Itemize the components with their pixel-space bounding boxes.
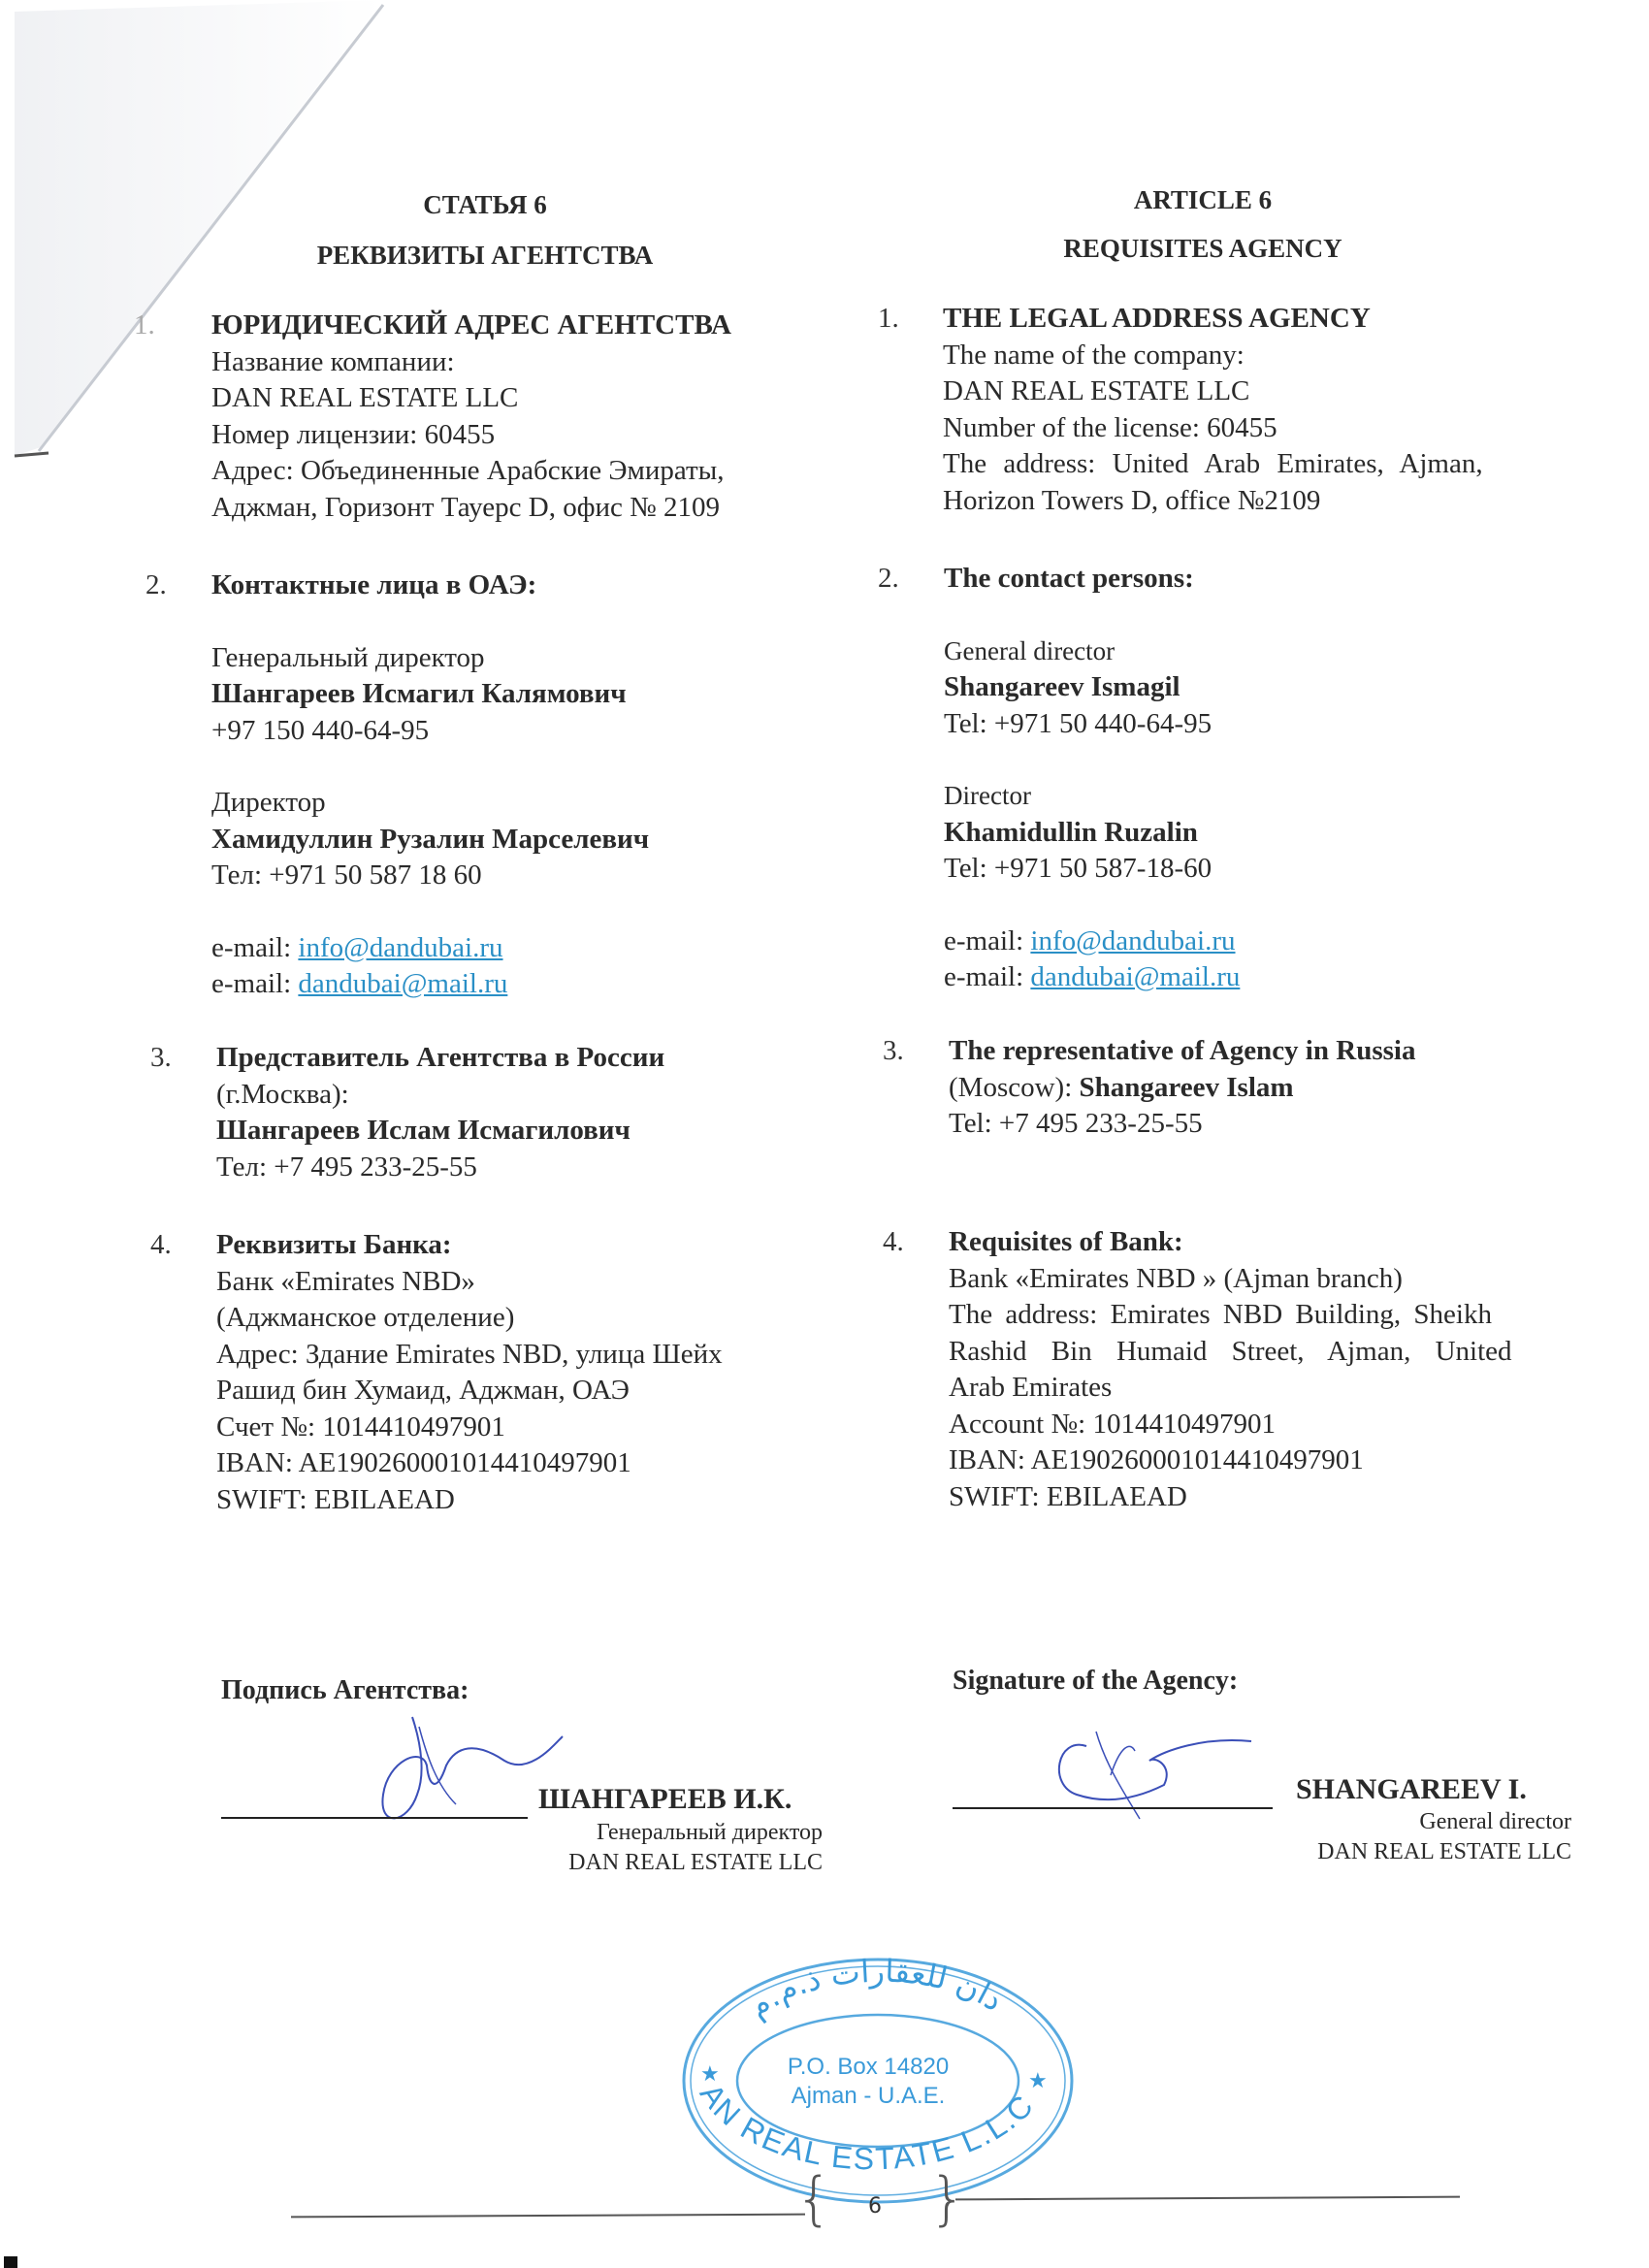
role-director: Director — [944, 778, 1565, 815]
signatory-company: DAN REAL ESTATE LLC — [1232, 1837, 1571, 1867]
phone: Tel: +971 50 587-18-60 — [944, 851, 1565, 888]
swift: SWIFT: EBILAEAD — [949, 1479, 1569, 1516]
company-label: Название компании: — [211, 344, 832, 381]
license-number: Number of the license: 60455 — [943, 410, 1564, 447]
star-icon: ★ — [700, 2062, 720, 2087]
bank-name: Банк «Emirates NBD» — [216, 1264, 837, 1301]
article-number-en: ARTICLE 6 — [854, 182, 1552, 219]
email-row: e-mail: dandubai@mail.ru — [944, 959, 1565, 996]
bank-name: Bank «Emirates NBD » (Ajman branch) — [949, 1261, 1569, 1298]
person-name: Khamidullin Ruzalin — [944, 815, 1565, 852]
svg-text:Ajman - U.A.E.: Ajman - U.A.E. — [792, 2083, 946, 2109]
role-director: Директор — [211, 785, 832, 822]
company-name: DAN REAL ESTATE LLC — [211, 380, 832, 417]
phone: Тел: +7 495 233-25-55 — [216, 1150, 837, 1186]
email-row: e-mail: info@dandubai.ru — [211, 930, 832, 967]
page-bracket-left: { — [795, 2165, 832, 2233]
signatory-name: ШАНГАРЕЕВ И.К. — [538, 1783, 792, 1816]
email-row: e-mail: dandubai@mail.ru — [211, 966, 832, 1003]
bank-branch: (Аджманское отделение) — [216, 1300, 837, 1337]
phone: Tel: +7 495 233-25-55 — [949, 1106, 1569, 1143]
account-number: Счет №: 1014410497901 — [216, 1409, 837, 1446]
swift: SWIFT: EBILAEAD — [216, 1482, 837, 1519]
email-link[interactable]: info@dandubai.ru — [298, 932, 502, 963]
signature-label: Подпись Агентства: — [221, 1675, 469, 1706]
person-name: Шангареев Ислам Исмагилович — [216, 1113, 837, 1150]
address-line-2: Аджман, Горизонт Тауерс D, офис № 2109 — [211, 490, 832, 527]
signatory-role: Генеральный директор — [485, 1818, 823, 1848]
role-general-director: Генеральный директор — [211, 640, 832, 677]
section-heading: ЮРИДИЧЕСКИЙ АДРЕС АГЕНТСТВА — [211, 308, 832, 344]
person-name: Шангареев Исмагил Калямович — [211, 676, 832, 713]
signatory-role: General director — [1232, 1807, 1571, 1837]
bank-address-3: Arab Emirates — [949, 1370, 1569, 1407]
email-link[interactable]: dandubai@mail.ru — [298, 968, 507, 999]
page-bracket-right: } — [929, 2165, 966, 2233]
email-link[interactable]: dandubai@mail.ru — [1030, 961, 1240, 992]
signature-label: Signature of the Agency: — [953, 1666, 1238, 1697]
bank-address-1: The address: Emirates NBD Building, Shei… — [949, 1297, 1569, 1334]
company-stamp: دان للعقارات ذ.م.م P.O. Box 14820 Ajman … — [660, 1921, 1096, 2212]
phone: Tel: +971 50 440-64-95 — [944, 706, 1565, 743]
section-heading: THE LEGAL ADDRESS AGENCY — [943, 301, 1564, 338]
section-heading: The representative of Agency in Russia — [949, 1033, 1569, 1070]
signatory-details: Генеральный директор DAN REAL ESTATE LLC — [485, 1818, 823, 1878]
city: (г.Москва): — [216, 1077, 837, 1114]
address-line-1: Адрес: Объединенные Арабские Эмираты, — [211, 453, 832, 490]
company-name: DAN REAL ESTATE LLC — [943, 373, 1564, 410]
page-number: 6 — [868, 2194, 882, 2219]
signature-line — [953, 1807, 1273, 1809]
signatory-company: DAN REAL ESTATE LLC — [485, 1848, 823, 1878]
person-name: Shangareev Islam — [1080, 1072, 1294, 1103]
address-line-1: The address: United Arab Emirates, Ajman… — [943, 446, 1564, 483]
email-link[interactable]: info@dandubai.ru — [1030, 925, 1235, 956]
phone: +97 150 440-64-95 — [211, 713, 832, 750]
section-heading: Requisites of Bank: — [949, 1224, 1569, 1261]
license-number: Номер лицензии: 60455 — [211, 417, 832, 454]
article-number-ru: СТАТЬЯ 6 — [145, 187, 824, 224]
address-line-2: Horizon Towers D, office №2109 — [943, 483, 1564, 520]
section-heading: Представитель Агентства в России — [216, 1040, 837, 1077]
section-heading: The contact persons: — [944, 561, 1565, 598]
article-title-ru: РЕКВИЗИТЫ АГЕНТСТВА — [145, 238, 824, 275]
company-label: The name of the company: — [943, 338, 1564, 374]
bank-address-1: Адрес: Здание Emirates NBD, улица Шейх — [216, 1337, 837, 1374]
signatory-name: SHANGAREEV I. — [1296, 1773, 1527, 1806]
footer-rule-left — [291, 2214, 805, 2219]
phone: Тел: +971 50 587 18 60 — [211, 858, 832, 894]
star-icon: ★ — [1028, 2069, 1048, 2093]
iban: IBAN: AE190260001014410497901 — [949, 1442, 1569, 1479]
article-title-en: REQUISITES AGENCY — [854, 231, 1552, 268]
signatory-details: General director DAN REAL ESTATE LLC — [1232, 1807, 1571, 1867]
iban: IBAN: AE190260001014410497901 — [216, 1445, 837, 1482]
account-number: Account №: 1014410497901 — [949, 1407, 1569, 1443]
signature-line — [221, 1817, 528, 1819]
section-heading: Контактные лица в ОАЭ: — [211, 567, 832, 604]
section-heading: Реквизиты Банка: — [216, 1227, 837, 1264]
svg-text:P.O. Box 14820: P.O. Box 14820 — [788, 2054, 949, 2080]
bank-address-2: Рашид бин Хумаид, Аджман, ОАЭ — [216, 1373, 837, 1409]
person-name: Хамидуллин Рузалин Марселевич — [211, 822, 832, 859]
bank-address-2: Rashid Bin Humaid Street, Ajman, United — [949, 1334, 1569, 1371]
scan-mark — [4, 2256, 17, 2268]
email-row: e-mail: info@dandubai.ru — [944, 923, 1565, 960]
role-general-director: General director — [944, 633, 1565, 670]
person-name: Shangareev Ismagil — [944, 669, 1565, 706]
